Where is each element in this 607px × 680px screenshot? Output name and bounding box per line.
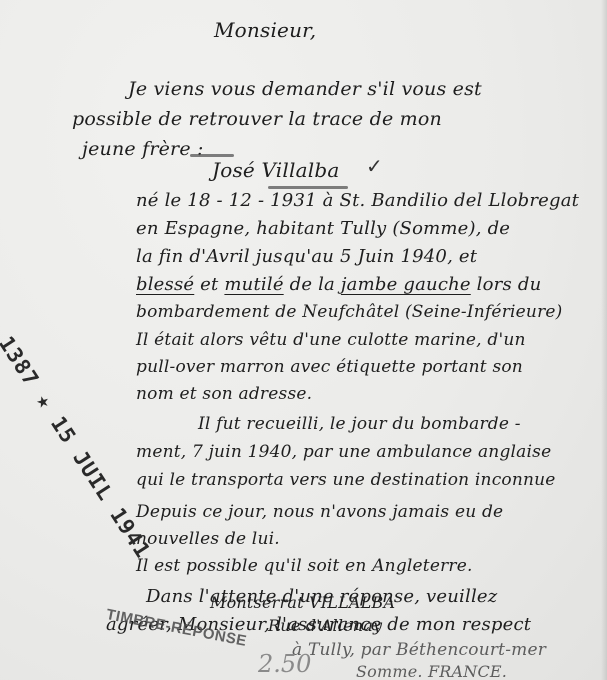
injury-word-mutile: mutilé bbox=[224, 274, 283, 295]
detail-line-3: la fin d'Avril jusqu'au 5 Juin 1940, et bbox=[136, 246, 477, 267]
signature-name-visible: Montserrat VILLALBA bbox=[210, 593, 395, 612]
since-line-2: nouvelles de lui. bbox=[136, 529, 280, 549]
injury-word-jambe: jambe gauche bbox=[341, 274, 471, 295]
paper-edge-shadow bbox=[601, 0, 607, 680]
detail-line-1: né le 18 - 12 - 1931 à St. Bandilio del … bbox=[136, 190, 579, 211]
injury-line: blessé et mutilé de la jambe gauche lors… bbox=[136, 274, 541, 295]
detail-line-5: Il était alors vêtu d'une culotte marine… bbox=[136, 330, 526, 350]
england-line: Il est possible qu'il soit en Angleterre… bbox=[136, 556, 473, 576]
detail-line-6: pull-over marron avec étiquette portant … bbox=[136, 357, 523, 377]
price-notation: 2.50 bbox=[258, 650, 311, 678]
body-line-3: jeune frère : bbox=[82, 138, 204, 160]
underline-mark bbox=[190, 154, 234, 157]
name-underline-mark bbox=[268, 186, 348, 189]
signature-town: à Tully, par Béthencourt-mer bbox=[292, 640, 546, 660]
receipt-date-stamp: 1387 ★ 15 JUIL 1941 bbox=[0, 332, 155, 562]
signature-region: Somme. FRANCE. bbox=[356, 662, 507, 680]
since-line-1: Depuis ce jour, nous n'avons jamais eu d… bbox=[136, 502, 503, 522]
letter-page: Monsieur, Je viens vous demander s'il vo… bbox=[0, 0, 607, 680]
signature-street: Rue d'Allenay bbox=[268, 616, 382, 635]
rescue-line-1: Il fut recueilli, le jour du bombarde - bbox=[198, 414, 521, 434]
detail-line-7: nom et son adresse. bbox=[136, 384, 312, 404]
subject-name: José Villalba bbox=[212, 158, 339, 182]
salutation: Monsieur, bbox=[214, 18, 316, 42]
detail-line-2: en Espagne, habitant Tully (Somme), de bbox=[136, 218, 510, 239]
detail-line-4: bombardement de Neufchâtel (Seine-Inféri… bbox=[136, 302, 563, 322]
checkmark-icon: ✓ bbox=[366, 154, 383, 178]
body-line-2: possible de retrouver la trace de mon bbox=[72, 108, 442, 130]
injury-word-blesse: blessé bbox=[136, 274, 194, 295]
body-line-1: Je viens vous demander s'il vous est bbox=[128, 78, 482, 100]
rescue-line-2: ment, 7 juin 1940, par une ambulance ang… bbox=[136, 442, 551, 462]
rescue-line-3: qui le transporta vers une destination i… bbox=[136, 470, 556, 490]
